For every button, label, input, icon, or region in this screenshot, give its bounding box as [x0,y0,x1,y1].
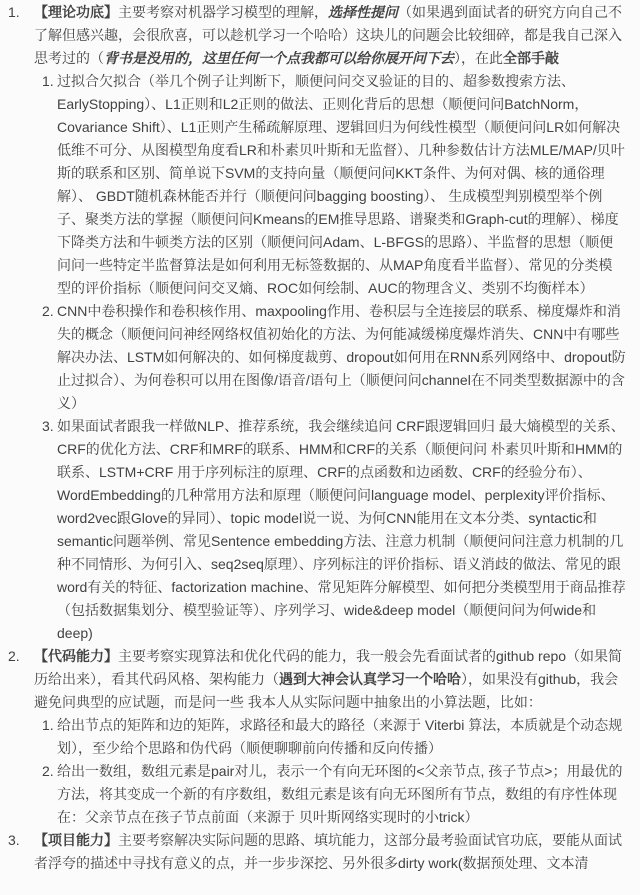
list-item-3-section-title: 【项目能力】 [34,832,118,848]
list-item-2-sub-1-text: 给出节点的矩阵和边的矩阵，求路径和最大的路径（来源于 Viterbi 算法，本质… [57,714,626,760]
list-item-1-sub-1: 1.过拟合欠拟合（举几个例子让判断下，顺便问问交叉验证的目的、超参数搜索方法、E… [0,70,640,300]
list-item-2-sub-1: 1.给出节点的矩阵和边的矩阵，求路径和最大的路径（来源于 Viterbi 算法，… [0,714,640,760]
list-item-2-sub-2-text: 给出一数组，数组元素是pair对儿，表示一个有向无环图的<父亲节点, 孩子节点>… [57,760,626,829]
list-item-1-run-5: ），在此 [454,50,503,66]
list-item-1-sub-1-number: 1. [42,70,57,93]
list-item-2-sub-1-number: 1. [42,714,57,737]
list-item-1-sub-2-text: CNN中卷积操作和卷积核作用、maxpooling作用、卷积层与全连接层的联系、… [57,300,626,415]
list-item-1-sub-3-text: 如果面试者跟我一样做NLP、推荐系统，我会继续追问 CRF跟逻辑回归 最大熵模型… [57,415,626,645]
list-item-3: 3.【项目能力】主要考察解决实际问题的思路、填坑能力，这部分最考验面试官功底，要… [0,829,640,875]
list-item-2: 2.【代码能力】主要考察实现算法和优化代码的能力，我一般会先看面试者的githu… [0,645,640,714]
document-body: 1.【理论功底】主要考察对机器学习模型的理解，选择性提问（如果遇到面试者的研究方… [0,1,640,875]
list-item-2-section-title: 【代码能力】 [34,648,118,664]
list-item-1-section-title: 【理论功底】 [34,4,118,20]
list-item-1-sub-3: 3.如果面试者跟我一样做NLP、推荐系统，我会继续追问 CRF跟逻辑回归 最大熵… [0,415,640,645]
list-item-1-number: 1. [8,1,34,24]
list-item-1-sub-1-text: 过拟合欠拟合（举几个例子让判断下，顺便问问交叉验证的目的、超参数搜索方法、Ear… [57,70,626,300]
list-item-2-sub-2: 2.给出一数组，数组元素是pair对儿，表示一个有向无环图的<父亲节点, 孩子节… [0,760,640,829]
document-page: 1.【理论功底】主要考察对机器学习模型的理解，选择性提问（如果遇到面试者的研究方… [0,0,640,895]
list-item-1-sub-3-run-0: 如果面试者跟我一样做NLP、推荐系统，我会继续追问 CRF跟逻辑回归 最大熵模型… [57,418,626,641]
list-item-1-sub-2: 2.CNN中卷积操作和卷积核作用、maxpooling作用、卷积层与全连接层的联… [0,300,640,415]
list-item-1-sub-2-number: 2. [42,300,57,323]
list-item-1-sub-1-run-0: 过拟合欠拟合（举几个例子让判断下，顺便问问交叉验证的目的、超参数搜索方法、Ear… [57,73,625,296]
list-item-2-sub-1-run-0: 给出节点的矩阵和边的矩阵，求路径和最大的路径（来源于 Viterbi 算法，本质… [57,717,622,756]
list-item-2-sub-2-number: 2. [42,760,57,783]
list-item-1-sub-3-number: 3. [42,415,57,438]
list-item-1-run-1: 主要考察对机器学习模型的理解， [118,4,328,20]
list-item-1-run-4: 背书是没用的，这里任何一个点我都可以给你展开问下去 [104,50,454,66]
list-item-1-run-6: 全部手敲 [503,50,559,66]
list-item-1-sub-2-run-0: CNN中卷积操作和卷积核作用、maxpooling作用、卷积层与全连接层的联系、… [57,303,626,411]
list-item-2-sub-2-run-0: 给出一数组，数组元素是pair对儿，表示一个有向无环图的<父亲节点, 孩子节点>… [57,763,622,825]
list-item-2-number: 2. [8,645,34,668]
list-item-2-text: 【代码能力】主要考察实现算法和优化代码的能力，我一般会先看面试者的github … [34,645,624,714]
list-item-3-run-1: 主要考察解决实际问题的思路、填坑能力，这部分最考验面试官功底，要能从面试者浮夸的… [34,832,622,871]
list-item-2-run-2: 遇到大神会认真学习一个哈哈 [279,671,461,687]
list-item-3-number: 3. [8,829,34,852]
list-item-1-run-2: 选择性提问 [328,4,398,20]
list-item-1-text: 【理论功底】主要考察对机器学习模型的理解，选择性提问（如果遇到面试者的研究方向自… [34,1,624,70]
list-item-1: 1.【理论功底】主要考察对机器学习模型的理解，选择性提问（如果遇到面试者的研究方… [0,1,640,70]
list-item-3-text: 【项目能力】主要考察解决实际问题的思路、填坑能力，这部分最考验面试官功底，要能从… [34,829,624,875]
